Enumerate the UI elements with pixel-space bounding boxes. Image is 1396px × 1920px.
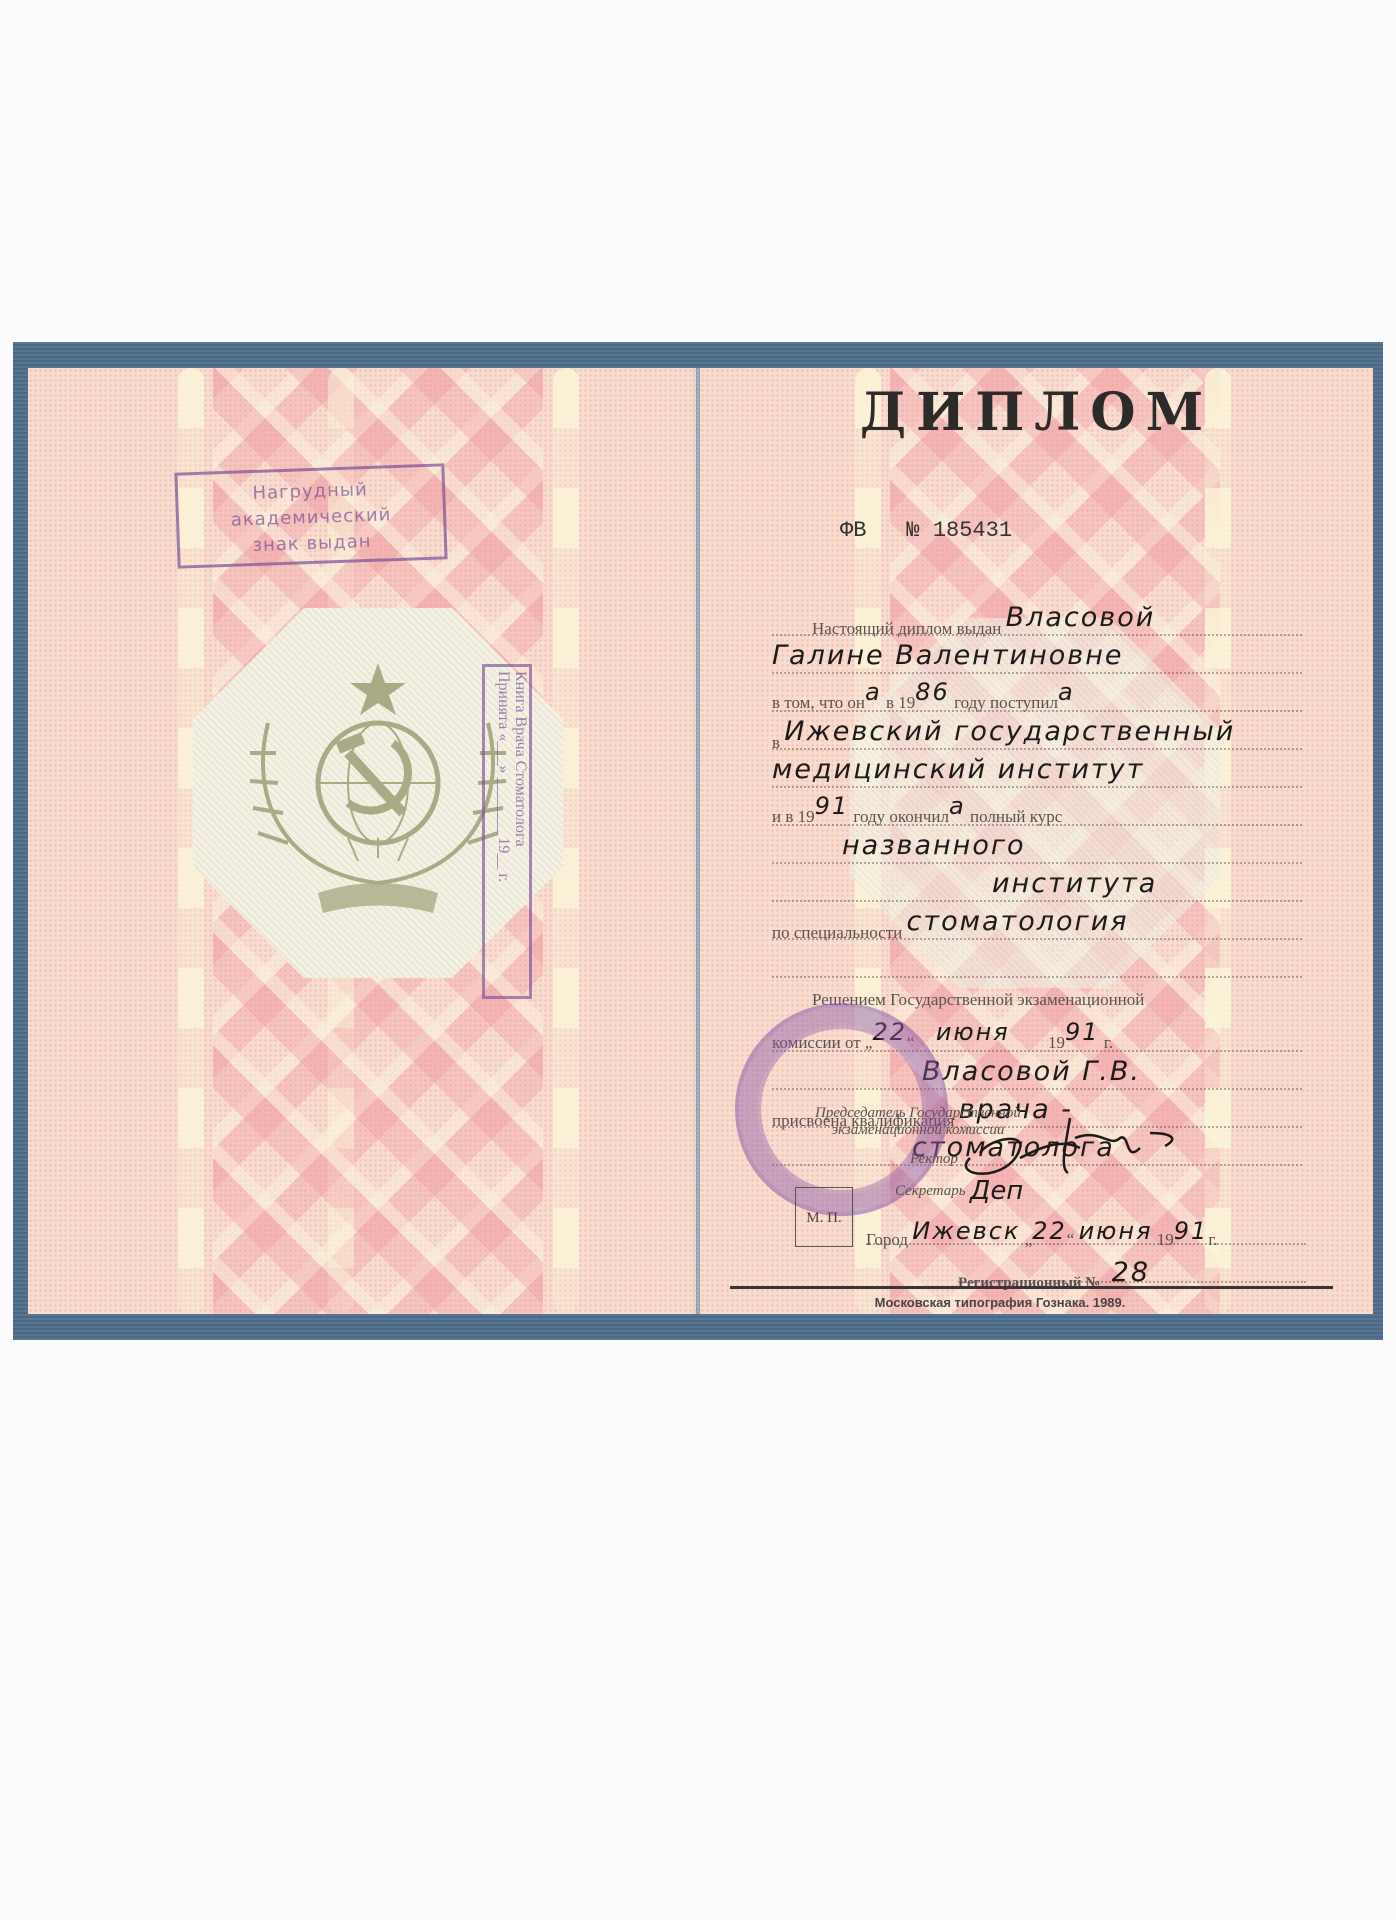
- diploma-title: ДИПЛОМ: [700, 382, 1373, 443]
- printer-imprint: Московская типография Гознака. 1989.: [700, 1295, 1300, 1310]
- institution: медицинский институт: [772, 754, 1144, 785]
- handwritten-suffix: а: [865, 678, 882, 706]
- course-line-1: названного: [772, 826, 1302, 864]
- institution-line-1: в Ижевский государственный: [772, 712, 1302, 750]
- label: в том, что он: [772, 693, 865, 712]
- label: г.: [1104, 1033, 1113, 1052]
- graduation-line: и в 1991 году окончила полный курс: [772, 788, 1302, 826]
- bottom-rule: [730, 1286, 1333, 1289]
- label: г.: [1208, 1230, 1217, 1249]
- graduation-year: 91: [815, 792, 850, 820]
- issued-to-line: Настоящий диплом выдан Власовой: [772, 598, 1302, 636]
- label: 19: [1048, 1033, 1065, 1052]
- seal-place-box: М. П.: [795, 1187, 853, 1247]
- city: Ижевск: [912, 1217, 1020, 1245]
- label: 19: [1157, 1230, 1174, 1249]
- decision-year: 91: [1065, 1018, 1100, 1046]
- blank-line: [772, 940, 1302, 978]
- city-date-line: Город Ижевск „22“ июня 1991г.: [866, 1213, 1306, 1245]
- label: в 19: [886, 693, 915, 712]
- diploma-right-page: ДИПЛОМ ФВ№ 185431 Настоящий диплом выдан…: [700, 368, 1373, 1314]
- dentist-book-stamp: Книга Врача Стоматолога Принята «___» __…: [482, 664, 532, 999]
- handwritten-suffix: а: [1058, 678, 1075, 706]
- admission-year: 86: [915, 678, 950, 706]
- series: ФВ: [840, 518, 866, 543]
- label: и в 19: [772, 807, 815, 826]
- label: году окончил: [853, 807, 949, 826]
- diploma-left-page: Нагрудный академический знак выдан Книга…: [28, 368, 696, 1314]
- issue-year: 91: [1174, 1217, 1209, 1245]
- badge-issued-stamp: Нагрудный академический знак выдан: [174, 463, 447, 568]
- handwritten-suffix: а: [949, 792, 966, 820]
- secretary-signature: Деп: [970, 1176, 1023, 1206]
- issue-day: 22: [1032, 1217, 1067, 1245]
- issue-month: июня: [1079, 1217, 1153, 1245]
- course-line-2: института: [772, 864, 1302, 902]
- course-text: института: [992, 868, 1157, 899]
- label: Город: [866, 1230, 908, 1249]
- institution-line-2: медицинский институт: [772, 750, 1302, 788]
- diploma-serial-number: ФВ№ 185431: [840, 518, 1012, 543]
- admission-line: в том, что она в 1986 году поступила: [772, 674, 1302, 712]
- institution: Ижевский государственный: [784, 716, 1235, 747]
- diploma-number: 185431: [933, 518, 1012, 543]
- course-text: названного: [842, 830, 1026, 861]
- decision-month: июня: [936, 1018, 1010, 1046]
- label: году поступил: [954, 693, 1058, 712]
- given-names: Галине Валентиновне: [772, 640, 1123, 671]
- surname: Власовой: [1006, 602, 1156, 633]
- specialty: стоматология: [907, 906, 1129, 937]
- registration-line: Регистрационный № 28: [958, 1253, 1306, 1283]
- label: полный курс: [970, 807, 1062, 826]
- specialty-line: по специальности стоматология: [772, 902, 1302, 940]
- recipient-short: Власовой Г.В.: [922, 1056, 1141, 1087]
- given-names-line: Галине Валентиновне: [772, 636, 1302, 674]
- number-sign: №: [906, 518, 919, 543]
- stamp-text: Книга Врача Стоматолога Принята «___» __…: [493, 671, 529, 991]
- registration-number: 28: [1112, 1257, 1150, 1288]
